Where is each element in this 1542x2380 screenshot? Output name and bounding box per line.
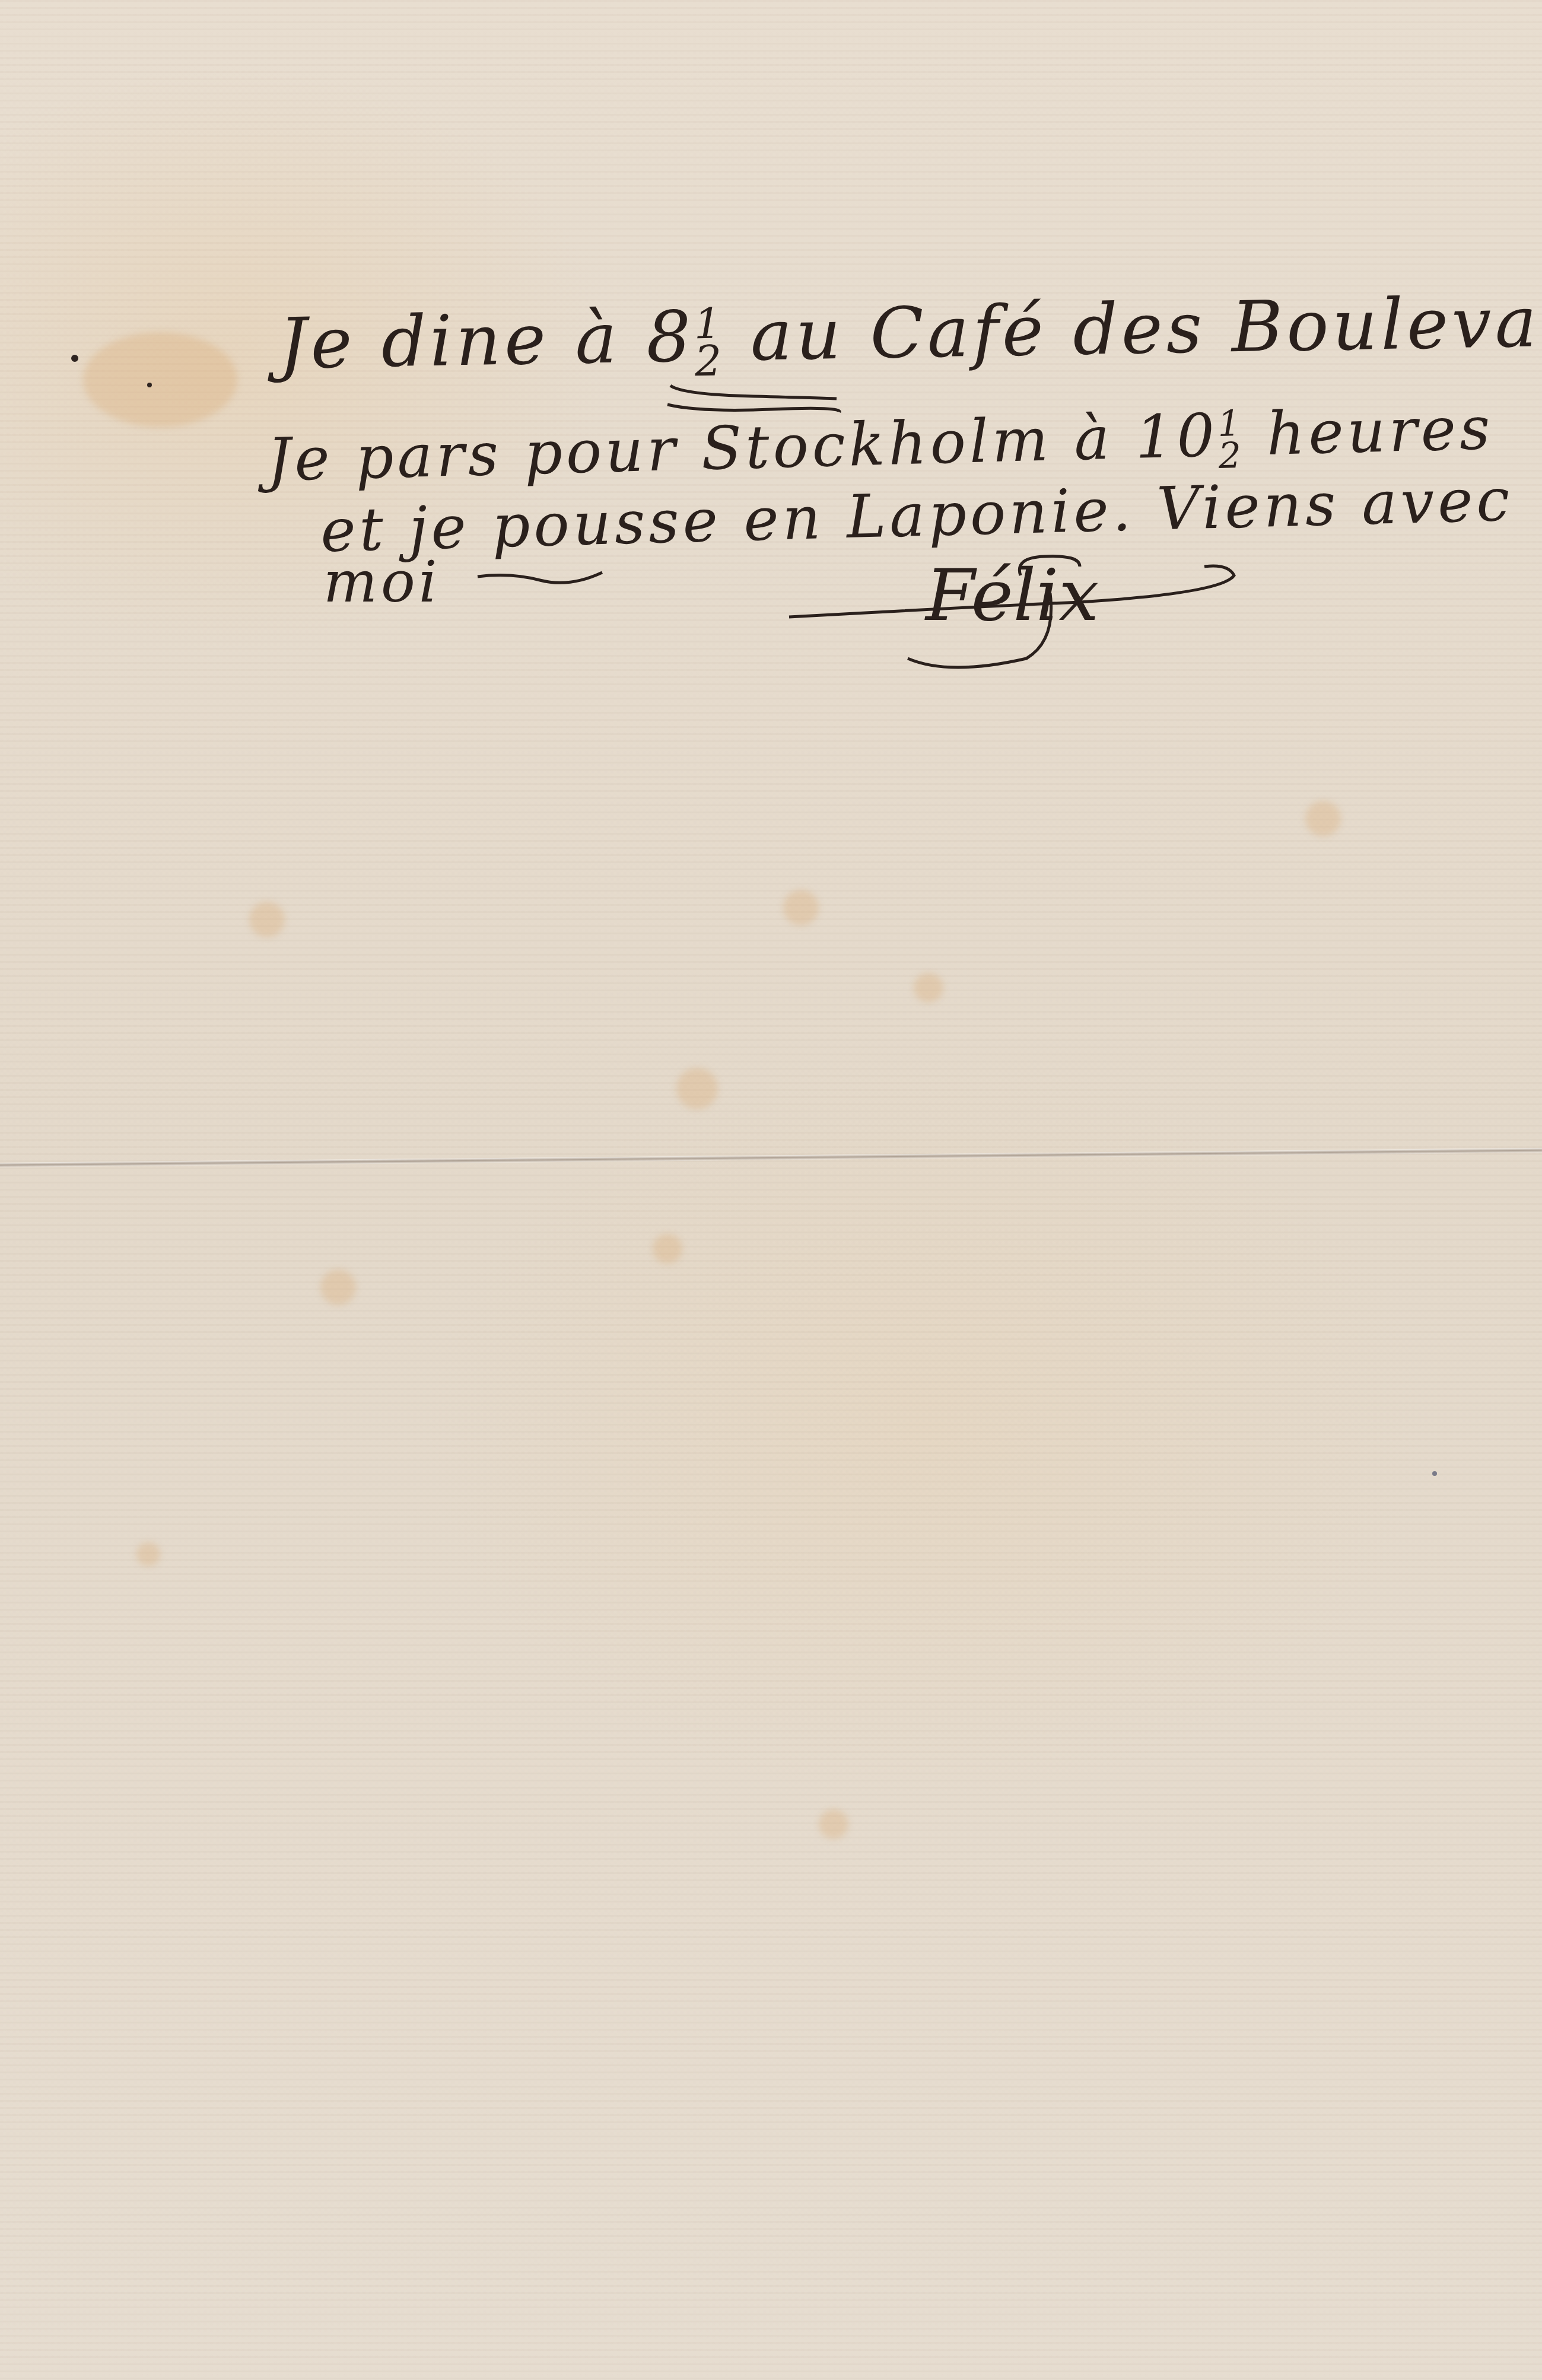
foxing-stain: [676, 1068, 718, 1109]
paper-fold-crease: [0, 1148, 1542, 1167]
fraction-denominator: 2: [1218, 440, 1245, 472]
foxing-stain: [320, 1269, 356, 1305]
fraction: 12: [1217, 408, 1245, 472]
letter-line-4: moi: [323, 549, 441, 615]
foxing-stain: [1305, 801, 1341, 836]
fraction-denominator: 2: [694, 342, 725, 381]
foxing-stain: [914, 973, 943, 1003]
time-value: 8: [646, 295, 695, 378]
line-text: au Café des Boulevards: [724, 279, 1542, 377]
foxing-stain: [819, 1809, 848, 1839]
time-value: 10: [1134, 400, 1219, 472]
handwritten-letter: Je dine à 812 au Café des Boulevards Je …: [0, 0, 1542, 712]
letter-line-1: Je dine à 812 au Café des Boulevards: [278, 279, 1542, 388]
ink-dot: [1432, 1471, 1437, 1476]
line-text: moi: [323, 549, 441, 615]
line-text: heures: [1244, 393, 1495, 469]
fraction: 12: [694, 304, 725, 380]
closing-dash: [475, 569, 605, 593]
line-text: Je dine à: [278, 297, 647, 385]
letter-page: Je dine à 812 au Café des Boulevards Je …: [0, 0, 1542, 2380]
foxing-stain: [249, 902, 285, 937]
signature: Félix: [926, 555, 1099, 637]
double-underline: [665, 380, 842, 415]
foxing-stain: [653, 1234, 682, 1264]
foxing-stain: [136, 1542, 160, 1566]
foxing-stain: [783, 890, 819, 925]
